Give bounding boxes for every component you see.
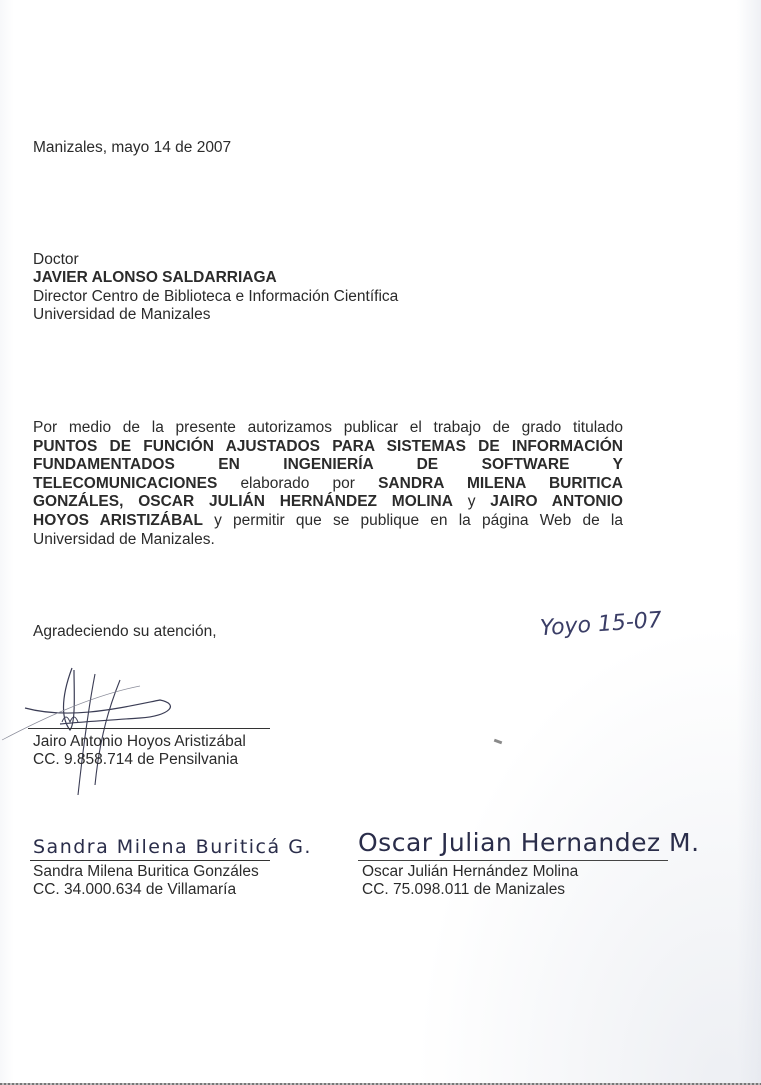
body-text: y permitir que se publique en la página … [203, 512, 623, 529]
body-line: HOYOS ARISTIZÁBAL y permitir que se publ… [33, 512, 623, 531]
signatory-name-jairo: Jairo Antonio Hoyos Aristizábal [33, 733, 246, 751]
recipient-institution: Universidad de Manizales [33, 306, 210, 324]
body-bold-text: GONZÁLES, OSCAR JULIÁN HERNÁNDEZ MOLINA [33, 493, 453, 510]
body-text: y [453, 493, 490, 510]
body-bold-text: HOYOS ARISTIZÁBAL [33, 512, 203, 529]
signature-line-jairo [28, 728, 270, 729]
handwritten-note: Yoyo 15-07 [539, 608, 662, 641]
body-text: Universidad de Manizales. [33, 531, 215, 548]
body-line: PUNTOS DE FUNCIÓN AJUSTADOS PARA SISTEMA… [33, 438, 623, 457]
body-text: elaborado por [217, 475, 378, 492]
signatory-name-sandra: Sandra Milena Buritica Gonzáles [33, 863, 259, 881]
signature-jairo [0, 660, 200, 800]
handwritten-signature-oscar: Oscar Julian Hernandez M. [358, 828, 700, 857]
body-line: Por medio de la presente autorizamos pub… [33, 419, 623, 438]
body-bold-text: JAIRO ANTONIO [490, 493, 623, 510]
body-bold-text: FUNDAMENTADOS EN INGENIERÍA DE SOFTWARE … [33, 456, 623, 473]
closing: Agradeciendo su atención, [33, 623, 217, 641]
signatory-name-oscar: Oscar Julián Hernández Molina [362, 863, 578, 881]
signature-line-oscar [358, 860, 668, 861]
recipient-position: Director Centro de Biblioteca e Informac… [33, 288, 398, 306]
signature-line-sandra [30, 860, 270, 861]
letter-body: Por medio de la presente autorizamos pub… [33, 419, 623, 549]
body-line: GONZÁLES, OSCAR JULIÁN HERNÁNDEZ MOLINA … [33, 493, 623, 512]
body-bold-text: SANDRA MILENA BURITICA [378, 475, 623, 492]
signatory-id-sandra: CC. 34.000.634 de Villamaría [33, 881, 236, 899]
body-bold-text: TELECOMUNICACIONES [33, 475, 217, 492]
signatory-id-jairo: CC. 9.858.714 de Pensilvania [33, 751, 238, 769]
recipient-name: JAVIER ALONSO SALDARRIAGA [33, 269, 277, 287]
body-line: Universidad de Manizales. [33, 531, 623, 550]
body-text: Por medio de la presente autorizamos pub… [33, 419, 623, 436]
recipient-title: Doctor [33, 251, 79, 269]
place-date: Manizales, mayo 14 de 2007 [33, 139, 231, 157]
signatory-id-oscar: CC. 75.098.011 de Manizales [362, 881, 565, 899]
body-line: FUNDAMENTADOS EN INGENIERÍA DE SOFTWARE … [33, 456, 623, 475]
body-bold-text: PUNTOS DE FUNCIÓN AJUSTADOS PARA SISTEMA… [33, 438, 623, 455]
scan-speck [494, 739, 503, 745]
body-line: TELECOMUNICACIONES elaborado por SANDRA … [33, 475, 623, 494]
handwritten-signature-sandra: Sandra Milena Buriticá G. [33, 836, 312, 858]
